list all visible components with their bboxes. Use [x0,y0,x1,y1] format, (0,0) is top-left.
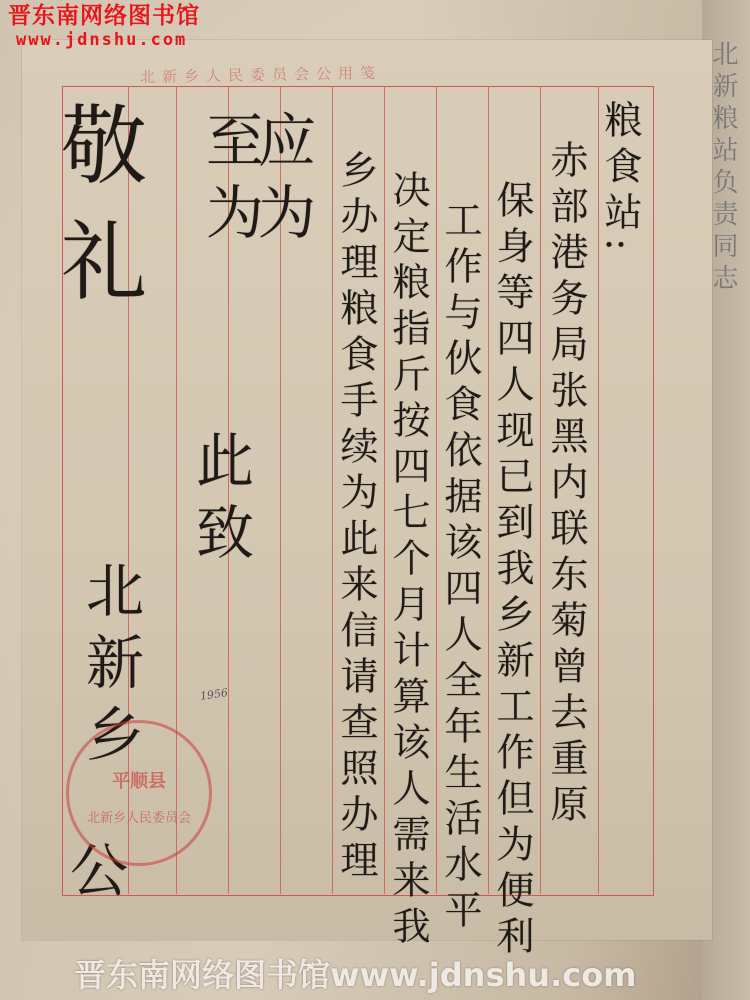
closing-phrase-2: 至为 [206,110,254,254]
letterhead: 北新乡人民委员会公用笺 [140,62,382,87]
body-column-2: 保身等四人现已到我乡新工作但为便利 [488,180,536,962]
closing-salute: 敬礼 [72,100,120,332]
watermark-bottom: 晋东南网络图书馆www.jdnshu.com [74,950,637,996]
body-column-5: 乡办理粮食手续为此来信请查照办理 [332,150,380,886]
body-column-1: 赤部港务局张黑内联东菊曾去重原 [542,140,590,830]
closing-phrase-1: 应为 [258,110,306,254]
watermark-url: www.jdnshu.com [8,30,200,50]
body-column-3: 工作与伙食依据该四人全年生活水平 [436,200,484,936]
watermark-title: 晋东南网络图书馆 [8,2,200,30]
ruling-line [540,86,541,894]
salutation: 粮食站: [596,100,644,259]
official-seal: 平顺县 北新乡人民委员会 [66,720,212,866]
seal-line-1: 平顺县 [69,767,209,793]
seal-line-2: 北新乡人民委员会 [69,807,209,826]
watermark-top: 晋东南网络图书馆 www.jdnshu.com [8,2,200,50]
closing-phrase-3: 此致 [196,430,244,574]
body-column-4: 决定粮指斤按四七个月计算该人需来我 [384,170,432,952]
